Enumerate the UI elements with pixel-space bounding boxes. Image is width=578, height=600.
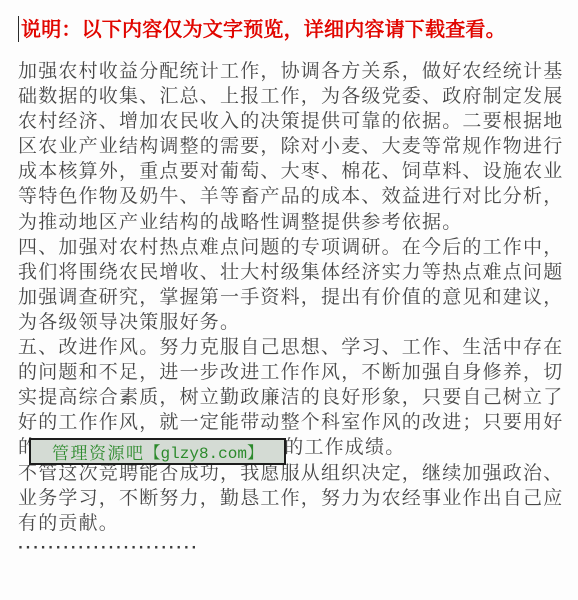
text-line: 有的贡献。	[18, 511, 574, 536]
text-line: 实提高综合素质，树立勤政廉洁的良好形象，只要自己树立了	[18, 385, 574, 410]
document-body: 加强农村收益分配统计工作，协调各方关系，做好农经统计基 础数据的收集、汇总、上报…	[18, 59, 574, 561]
text-line: 区农业产业结构调整的需要，除对小麦、大麦等常规作物进行	[18, 134, 574, 159]
watermark-badge: 管理资源吧【glzy8.com】	[29, 438, 286, 465]
text-line: 等特色作物及奶牛、羊等畜产品的成本、效益进行对比分析，	[18, 184, 574, 209]
watermark-site-name: 管理资源吧	[52, 439, 145, 464]
text-line: 为各级领导决策服好务。	[18, 310, 574, 335]
text-line: 础数据的收集、汇总、上报工作，为各级党委、政府制定发展	[18, 84, 574, 109]
text-line: 为推动地区产业结构的战略性调整提供参考依据。	[18, 210, 574, 235]
text-line: 加强调查研究，掌握第一手资料，提出有价值的意见和建议，	[18, 285, 574, 310]
text-line: 成本核算外，重点要对葡萄、大枣、棉花、饲草料、设施农业	[18, 159, 574, 184]
preview-notice: 说明：以下内容仅为文字预览，详细内容请下载查看。	[21, 13, 506, 42]
text-line: 的问题和不足，进一步改进工作作风，不断加强自身修养，切	[18, 360, 574, 385]
text-line: 业务学习，不断努力，勤恳工作，努力为农经事业作出自己应	[18, 486, 574, 511]
watermark-site-url: 【glzy8.com】	[145, 440, 263, 463]
document-preview-page: 说明：以下内容仅为文字预览，详细内容请下载查看。 加强农村收益分配统计工作，协调…	[0, 0, 578, 600]
ellipsis-row: ························	[18, 536, 574, 561]
text-line: 五、改进作风。努力克服自己思想、学习、工作、生活中存在	[18, 335, 574, 360]
text-cursor	[18, 16, 19, 42]
text-line: 好的工作作风，就一定能带动整个科室作风的改进；只要用好	[18, 410, 574, 435]
text-line: 加强农村收益分配统计工作，协调各方关系，做好农经统计基	[18, 59, 574, 84]
text-line: 四、加强对农村热点难点问题的专项调研。在今后的工作中，	[18, 235, 574, 260]
text-line: 我们将围绕农民增收、壮大村级集体经济实力等热点难点问题	[18, 260, 574, 285]
covered-line-suffix: 的工作成绩。	[284, 437, 405, 458]
text-line: 农村经济、增加农民收入的决策提供可靠的依据。二要根据地	[18, 109, 574, 134]
